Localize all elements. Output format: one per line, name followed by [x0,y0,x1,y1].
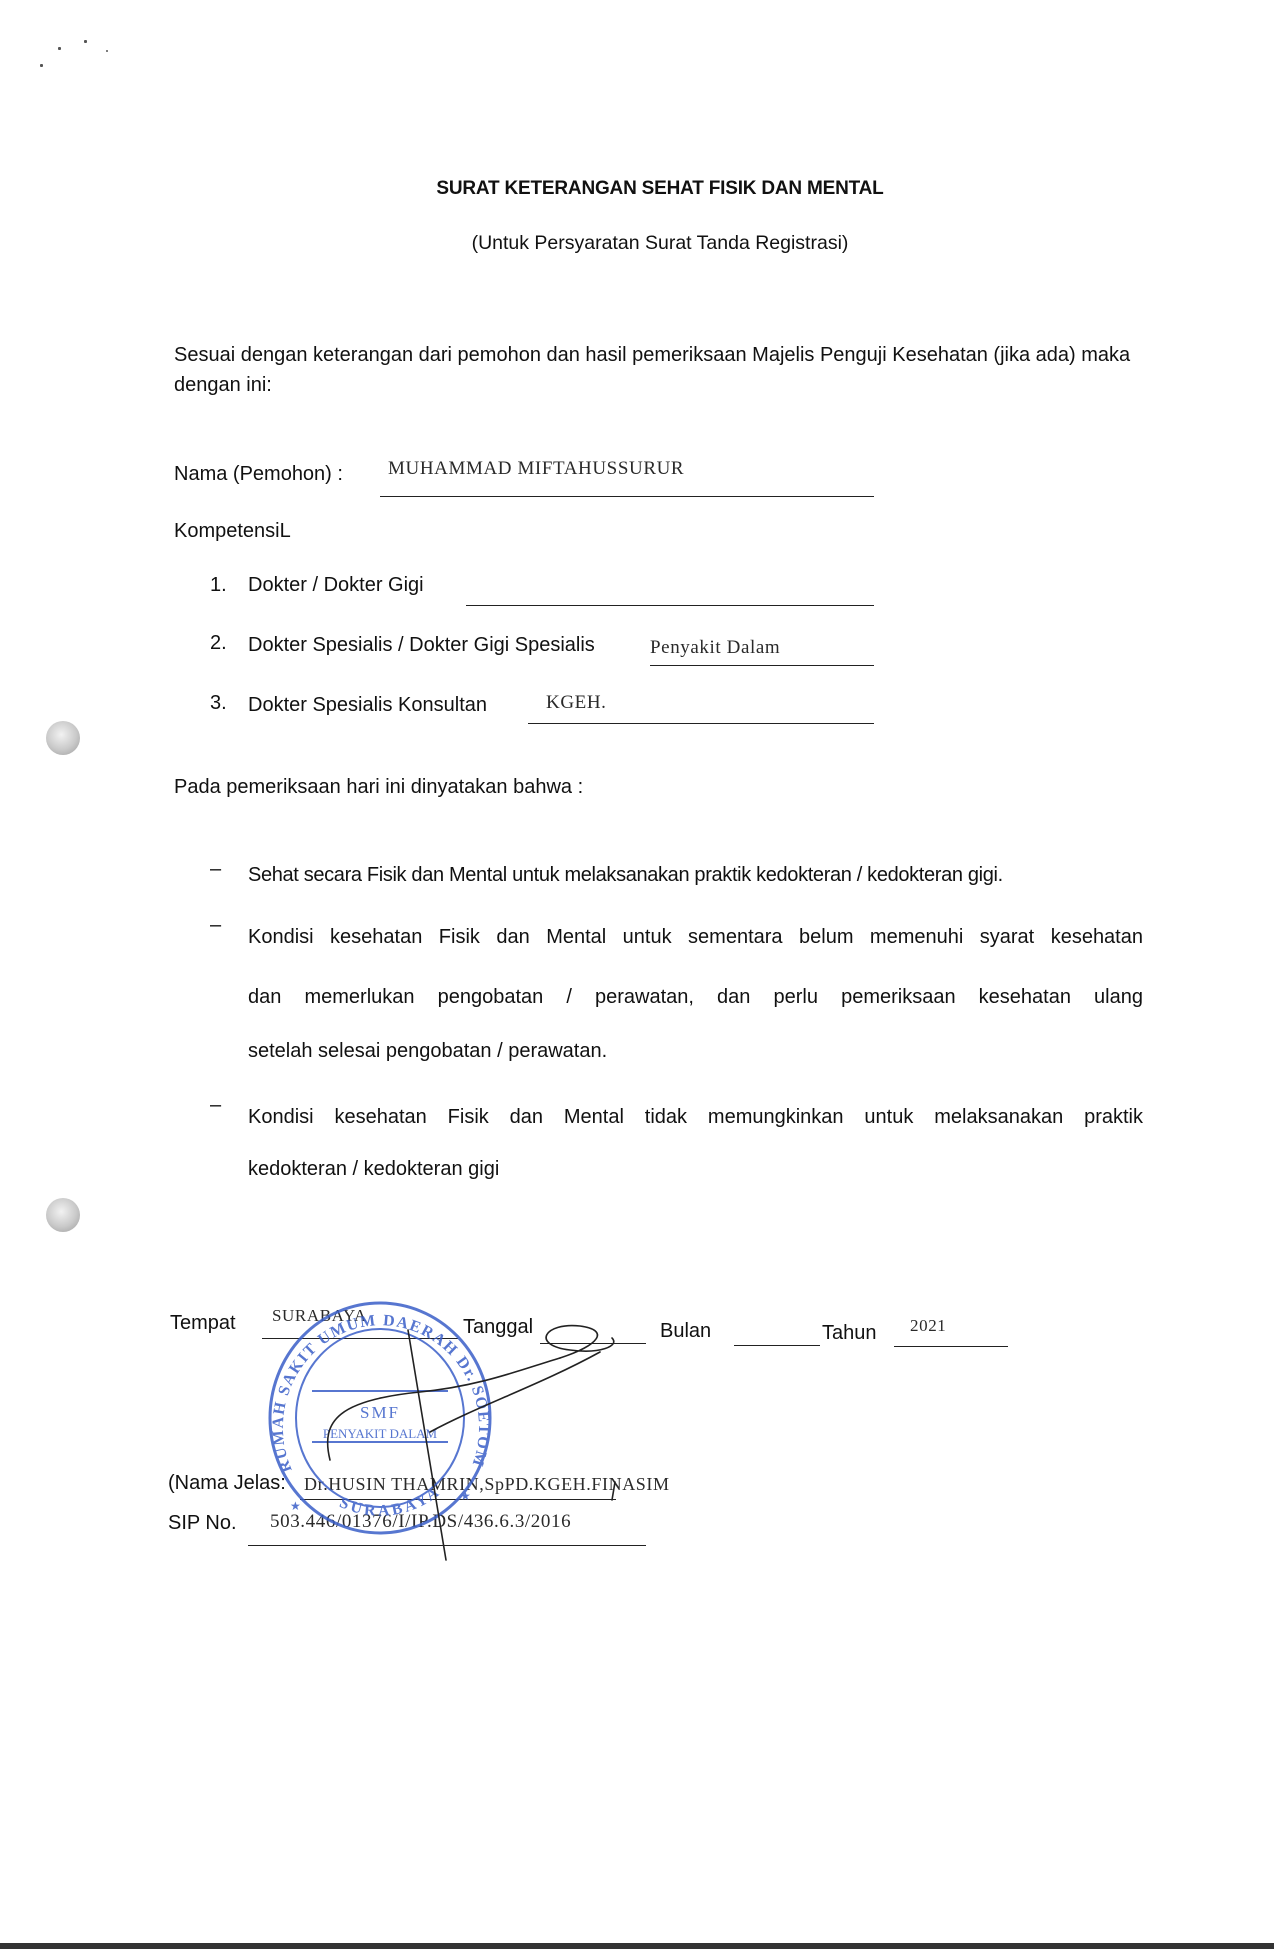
scan-speck [58,47,61,50]
statement-healthy: Sehat secara Fisik dan Mental untuk mela… [248,864,1003,887]
applicant-label: Nama (Pemohon) : [174,463,343,486]
year-label: Tahun [822,1322,877,1345]
competency-value-konsultan: KGEH. [546,692,607,714]
competency-label-dokter: Dokter / Dokter Gigi [248,574,424,597]
statement-bullet: – [210,914,221,937]
statement-bullet: – [210,858,221,881]
document-title: SURAT KETERANGAN SEHAT FISIK DAN MENTAL [0,178,1274,200]
document-subtitle: (Untuk Persyaratan Surat Tanda Registras… [0,232,1274,255]
competency-line-dokter [466,605,874,606]
scan-speck [84,40,87,43]
signatory-name-line [300,1499,616,1500]
year-line [894,1346,1008,1347]
scan-speck [40,64,43,67]
statement-temporary-line-3: setelah selesai pengobatan / perawatan. [248,1040,607,1063]
statement-unfit-line-1: Kondisi kesehatan Fisik dan Mental tidak… [248,1106,1143,1129]
statement-temporary-line-2: dan memerlukan pengobatan / perawatan, d… [248,986,1143,1009]
hospital-stamp: RUMAH SAKIT UMUM DAERAH Dr. SOETOMO SURA… [0,0,492,1533]
statement-heading: Pada pemeriksaan hari ini dinyatakan bah… [174,776,583,799]
competency-line-konsultan [528,723,874,724]
competency-number: 1. [210,574,227,597]
month-label: Bulan [660,1320,711,1343]
scan-bottom-edge [0,1943,1274,1949]
month-line [734,1345,820,1346]
stamp-center-line-1: SMF [360,1403,400,1422]
competency-heading: KompetensiL [174,520,291,543]
competency-label-konsultan: Dokter Spesialis Konsultan [248,694,487,717]
stamp-center-line-2: PENYAKIT DALAM [323,1426,438,1441]
competency-value-spesialis: Penyakit Dalam [650,637,780,659]
punch-hole [46,1198,80,1232]
place-value: SURABAYA [272,1306,367,1326]
competency-number: 2. [210,632,227,655]
sip-line [248,1545,646,1546]
signatory-name-label: (Nama Jelas: [168,1472,286,1495]
stamp-and-signature: RUMAH SAKIT UMUM DAERAH Dr. SOETOMO SURA… [0,0,1274,1949]
competency-label-spesialis: Dokter Spesialis / Dokter Gigi Spesialis [248,634,595,657]
statement-bullet: – [210,1094,221,1117]
intro-paragraph: Sesuai dengan keterangan dari pemohon da… [174,340,1149,400]
competency-line-spesialis [650,665,874,666]
day-line [540,1343,646,1344]
punch-hole [46,721,80,755]
statement-unfit-line-2: kedokteran / kedokteran gigi [248,1158,499,1181]
place-line [262,1338,458,1339]
scan-speck [106,50,108,52]
place-label: Tempat [170,1312,236,1335]
year-value: 2021 [910,1316,946,1336]
sip-value: 503.446/01376/I/IP.DS/436.6.3/2016 [270,1511,571,1533]
signatory-name-value: Dr.HUSIN THAMRIN,SpPD.KGEH.FINASIM [304,1474,670,1495]
applicant-name-line [380,496,874,497]
day-label: Tanggal [463,1316,533,1339]
competency-number: 3. [210,692,227,715]
sip-label: SIP No. [168,1512,237,1535]
statement-temporary-line-1: Kondisi kesehatan Fisik dan Mental untuk… [248,926,1143,949]
applicant-name-value: MUHAMMAD MIFTAHUSSURUR [388,458,684,480]
